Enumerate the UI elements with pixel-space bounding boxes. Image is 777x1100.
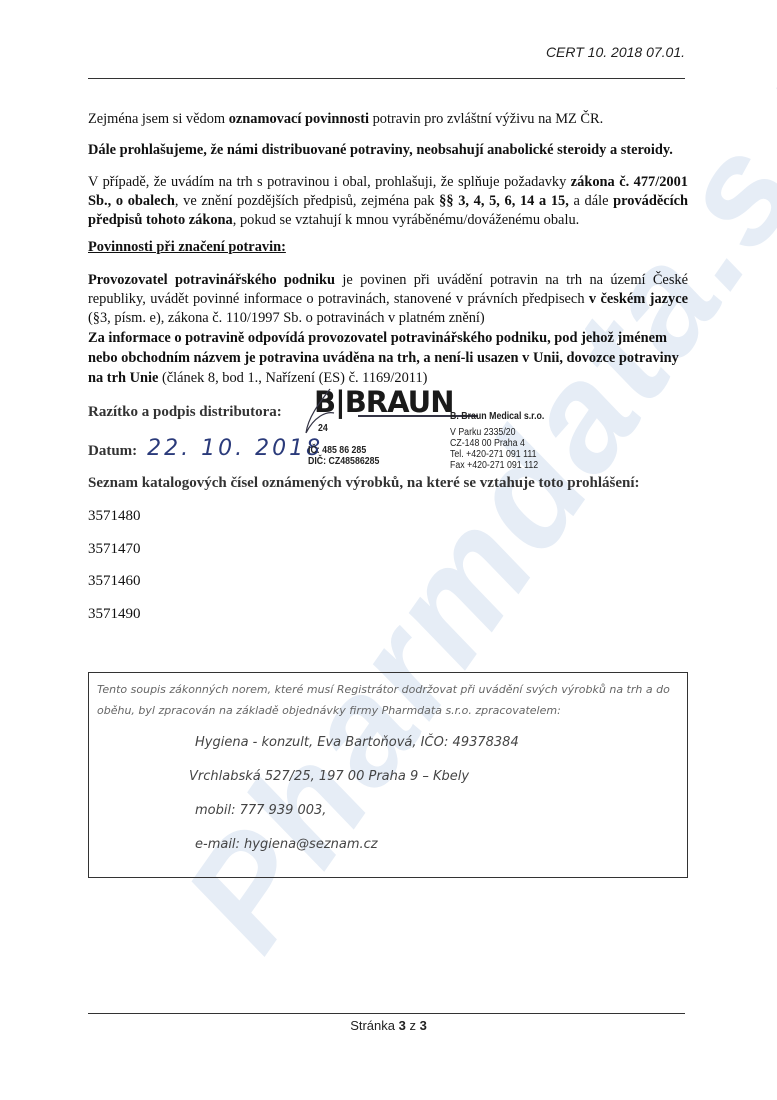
paragraph-labeling: Provozovatel potravinářského podniku je … bbox=[88, 271, 688, 328]
catalog-heading: Seznam katalogových čísel oznámených výr… bbox=[88, 475, 640, 492]
catalog-item: 3571460 bbox=[88, 573, 141, 590]
paragraph-responsibility: Za informace o potravině odpovídá provoz… bbox=[88, 328, 688, 388]
box-intro: Tento soupis zákonných norem, které musí… bbox=[97, 679, 687, 721]
page-indicator: Stránka 3 z 3 bbox=[0, 1018, 777, 1033]
processor-info-box: Tento soupis zákonných norem, které musí… bbox=[88, 672, 688, 878]
footer-divider bbox=[88, 1013, 685, 1014]
date-row: Datum:22. 10. 2018 bbox=[88, 436, 323, 461]
handwritten-date: 22. 10. 2018 bbox=[147, 436, 323, 461]
processor-email: e-mail: hygiena@seznam.cz bbox=[195, 837, 378, 852]
stamp-label: Razítko a podpis distributora: bbox=[88, 404, 282, 421]
processor-mobile: mobil: 777 939 003, bbox=[195, 803, 326, 818]
company-stamp: B|BRAUN 24 IČ: 485 86 285 DIČ: CZ4858628… bbox=[308, 385, 638, 477]
section-heading: Povinnosti při značení potravin: bbox=[88, 238, 688, 257]
catalog-item: 3571490 bbox=[88, 606, 141, 623]
paragraph-notification: Zejména jsem si vědom oznamovací povinno… bbox=[88, 110, 688, 129]
catalog-item: 3571470 bbox=[88, 541, 141, 558]
catalog-item: 3571480 bbox=[88, 508, 141, 525]
processor-name: Hygiena - konzult, Eva Bartoňová, IČO: 4… bbox=[195, 735, 519, 750]
header-divider bbox=[88, 78, 685, 79]
cert-code: CERT 10. 2018 07.01. bbox=[546, 44, 685, 60]
processor-address: Vrchlabská 527/25, 197 00 Praha 9 – Kbel… bbox=[189, 769, 469, 784]
paragraph-steroids: Dále prohlašujeme, že námi distribuované… bbox=[88, 141, 688, 160]
paragraph-packaging: V případě, že uvádím na trh s potravinou… bbox=[88, 173, 688, 230]
